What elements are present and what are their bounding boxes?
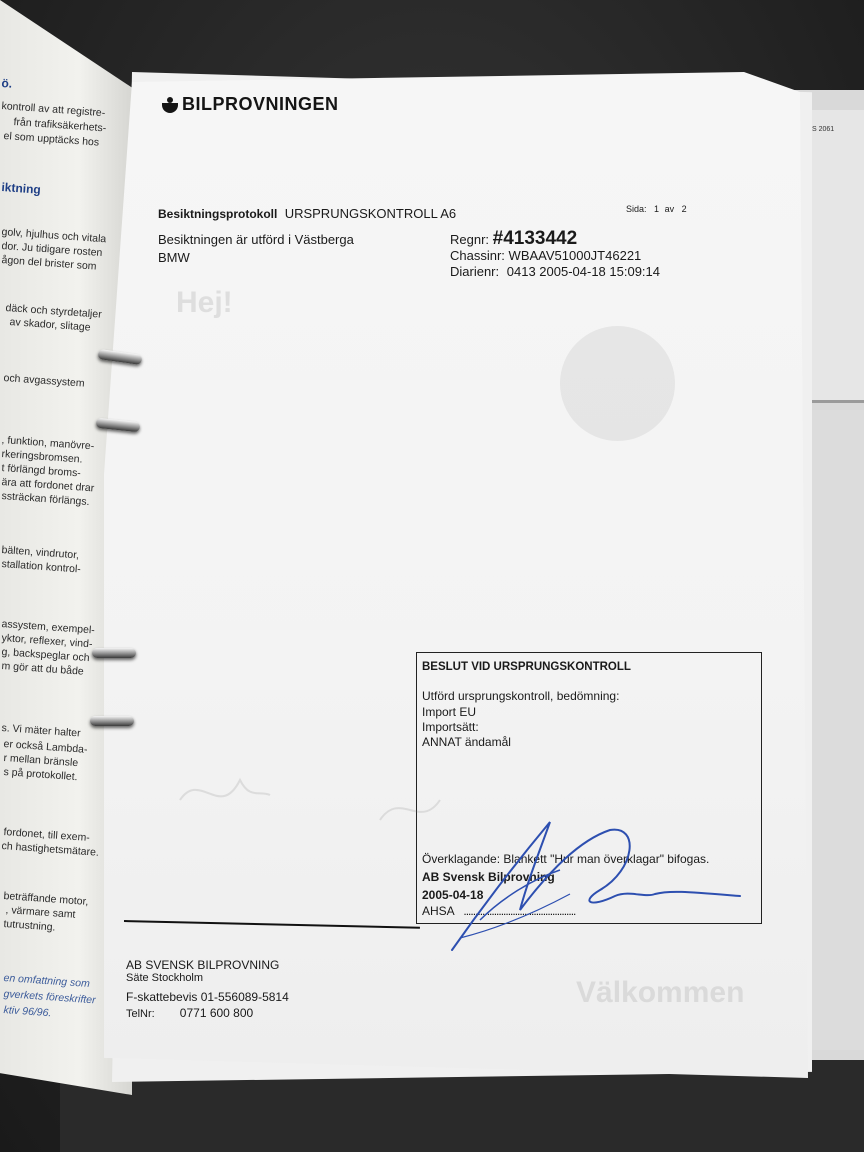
assessment-value: Import EU bbox=[422, 705, 476, 719]
page-total: 2 bbox=[682, 204, 687, 214]
tax-label: F-skattebevis bbox=[126, 990, 197, 1004]
left-page-line: ö. bbox=[1, 76, 13, 91]
left-page-line: iktning bbox=[1, 180, 41, 197]
decision-title: BESLUT VID URSPRUNGSKONTROLL bbox=[422, 661, 631, 673]
protocol-title: Besiktningsprotokoll URSPRUNGSKONTROLL A… bbox=[158, 206, 456, 221]
assessment-label: Utförd ursprungskontroll, bedömning: bbox=[422, 689, 619, 703]
import-method-value: ANNAT ändamål bbox=[422, 735, 511, 749]
page-of: av bbox=[665, 204, 675, 214]
page-current: 1 bbox=[654, 204, 659, 214]
binder-ring bbox=[92, 648, 136, 658]
footer-phone-row: TelNr: 0771 600 800 bbox=[126, 1006, 253, 1020]
bilprovningen-logo: BILPROVNINGEN bbox=[162, 94, 339, 115]
show-through-signatures bbox=[170, 760, 450, 860]
footer-company: AB SVENSK BILPROVNING bbox=[126, 958, 279, 972]
regnr-value: #4133442 bbox=[493, 228, 578, 249]
tax-value: 01-556089-5814 bbox=[201, 990, 289, 1004]
import-method-label: Importsätt: bbox=[422, 720, 479, 734]
footer-tax-row: F-skattebevis 01-556089-5814 bbox=[126, 990, 289, 1004]
regnr-row: Regnr: #4133442 bbox=[450, 228, 577, 250]
bilprovningen-logo-icon bbox=[162, 97, 178, 113]
page-label: Sida: bbox=[626, 204, 647, 214]
chassinr-row: Chassinr: WBAAV51000JT46221 bbox=[450, 248, 641, 263]
protocol-label: Besiktningsprotokoll bbox=[158, 207, 277, 221]
inspection-location: Besiktningen är utförd i Västberga bbox=[158, 232, 354, 247]
card-code-2: S 2061 bbox=[812, 126, 834, 133]
page-indicator: Sida: 1 av 2 bbox=[626, 204, 687, 214]
protocol-type: URSPRUNGSKONTROLL A6 bbox=[285, 206, 456, 221]
vehicle-make: BMW bbox=[158, 250, 190, 265]
chassinr-label: Chassinr: bbox=[450, 248, 505, 263]
handwritten-signature bbox=[440, 810, 750, 960]
show-through-heading: Hej! bbox=[176, 286, 233, 320]
diarienr-label: Diarienr: bbox=[450, 264, 499, 279]
regnr-label: Regnr: bbox=[450, 232, 489, 247]
diarienr-row: Diarienr: 0413 2005-04-18 15:09:14 bbox=[450, 264, 660, 279]
footer-seat: Säte Stockholm bbox=[126, 972, 203, 984]
phone-value: 0771 600 800 bbox=[180, 1006, 253, 1020]
binder-ring bbox=[90, 716, 134, 726]
show-through-footer: Välkommen bbox=[576, 976, 744, 1010]
chassinr-value: WBAAV51000JT46221 bbox=[509, 248, 642, 263]
logo-text: BILPROVNINGEN bbox=[182, 94, 339, 115]
diarienr-value: 0413 2005-04-18 15:09:14 bbox=[507, 264, 660, 279]
phone-label: TelNr: bbox=[126, 1008, 155, 1020]
show-through-emblem bbox=[560, 326, 675, 441]
